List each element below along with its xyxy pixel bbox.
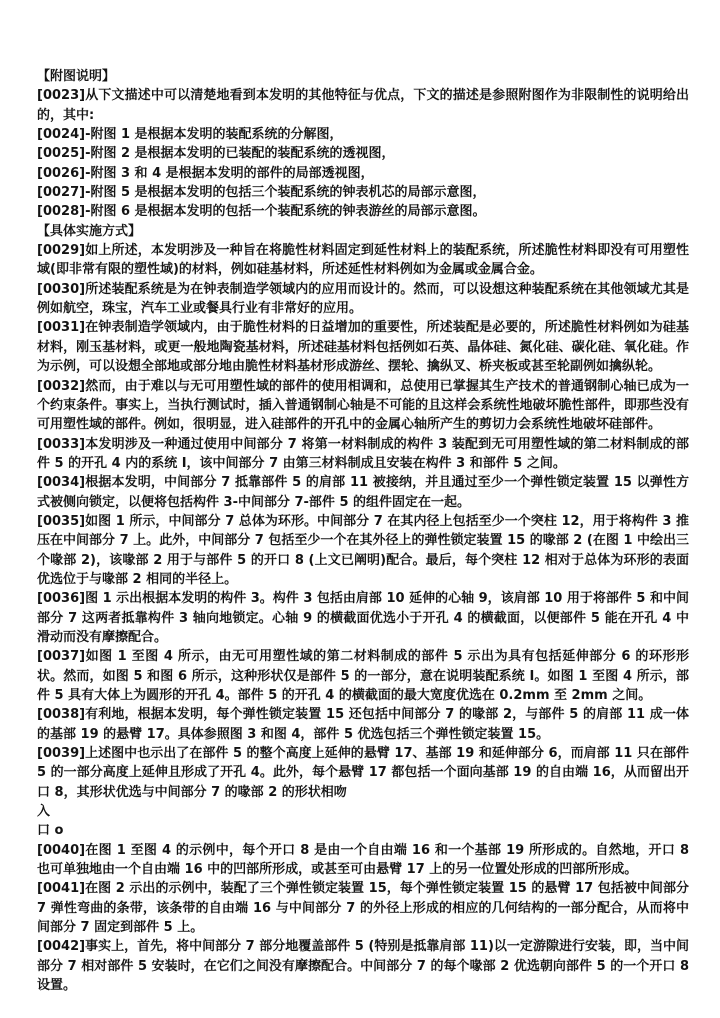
paragraph-0028: [0028]-附图 6 是根据本发明的包括一个装配系统的钟表游丝的局部示意图。: [37, 202, 689, 221]
paragraph-0032: [0032]然而，由于难以与无可用塑性域的部件的使用相调和，总使用已掌握其生产技…: [37, 377, 689, 435]
paragraph-0035: [0035]如图 1 所示，中间部分 7 总体为环形。中间部分 7 在其内径上包…: [37, 512, 689, 589]
paragraph-0025: [0025]-附图 2 是根据本发明的已装配的装配系统的透视图，: [37, 144, 689, 163]
paragraph-0024: [0024]-附图 1 是根据本发明的装配系统的分解图，: [37, 125, 689, 144]
paragraph-0041: [0041]在图 2 示出的示例中，装配了三个弹性锁定装置 15，每个弹性锁定装…: [37, 879, 689, 937]
paragraph-0027: [0027]-附图 5 是根据本发明的包括三个装配系统的钟表机芯的局部示意图，: [37, 183, 689, 202]
paragraph-0038: [0038]有利地，根据本发明，每个弹性锁定装置 15 还包括中间部分 7 的喙…: [37, 705, 689, 744]
ocr-artifact-line-1: 入: [37, 802, 689, 821]
paragraph-0026: [0026]-附图 3 和 4 是根据本发明的部件的局部透视图，: [37, 164, 689, 183]
paragraph-0042: [0042]事实上，首先，将中间部分 7 部分地覆盖部件 5 (特别是抵靠肩部 …: [37, 937, 689, 995]
ocr-artifact-line-2: 口 o: [37, 821, 689, 840]
paragraph-0036: [0036]图 1 示出根据本发明的构件 3。构件 3 包括由肩部 10 延伸的…: [37, 589, 689, 647]
paragraph-0023: [0023]从下文描述中可以清楚地看到本发明的其他特征与优点，下文的描述是参照附…: [37, 86, 689, 125]
section-heading-detailed-description: 【具体实施方式】: [37, 222, 689, 241]
patent-document-page: 【附图说明】 [0023]从下文描述中可以清楚地看到本发明的其他特征与优点，下文…: [37, 67, 689, 996]
paragraph-0034: [0034]根据本发明，中间部分 7 抵靠部件 5 的肩部 11 被接纳，并且通…: [37, 473, 689, 512]
paragraph-0033: [0033]本发明涉及一种通过使用中间部分 7 将第一材料制成的构件 3 装配到…: [37, 435, 689, 474]
paragraph-0029: [0029]如上所述，本发明涉及一种旨在将脆性材料固定到延性材料上的装配系统，所…: [37, 241, 689, 280]
paragraph-0039: [0039]上述图中也示出了在部件 5 的整个高度上延伸的悬臂 17、基部 19…: [37, 744, 689, 802]
paragraph-0040: [0040]在图 1 至图 4 的示例中，每个开口 8 是由一个自由端 16 和…: [37, 841, 689, 880]
paragraph-0037: [0037]如图 1 至图 4 所示，由无可用塑性域的第二材料制成的部件 5 示…: [37, 647, 689, 705]
paragraph-0030: [0030]所述装配系统是为在钟表制造学领域内的应用而设计的。然而，可以设想这种…: [37, 280, 689, 319]
section-heading-figure-description: 【附图说明】: [37, 67, 689, 86]
paragraph-0031: [0031]在钟表制造学领域内，由于脆性材料的日益增加的重要性，所述装配是必要的…: [37, 318, 689, 376]
